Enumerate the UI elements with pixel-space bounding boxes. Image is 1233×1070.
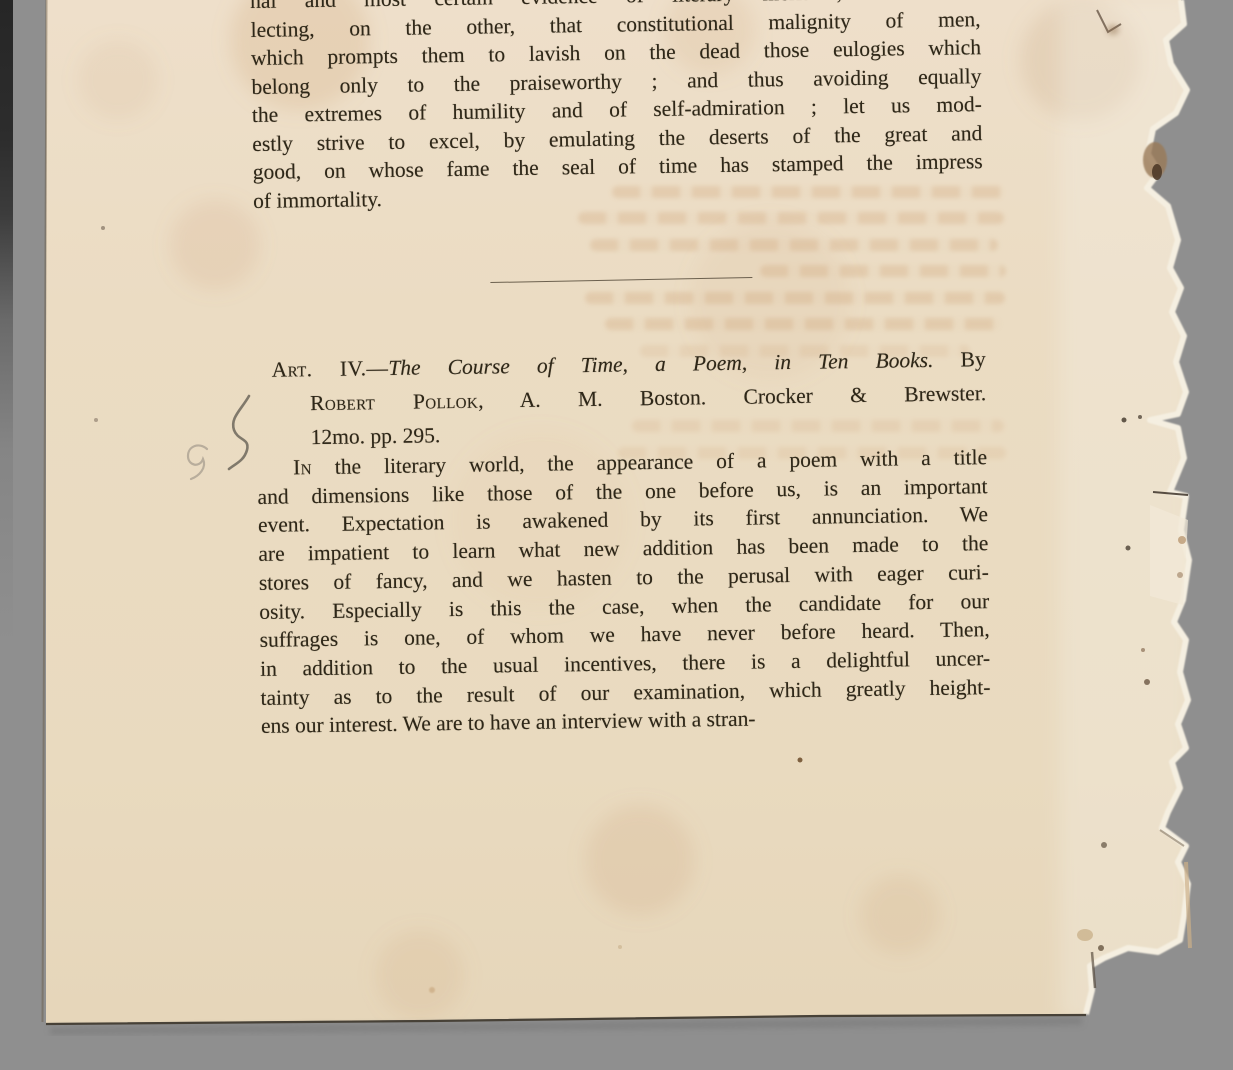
article-number: Art. IV.— bbox=[272, 356, 389, 382]
article-heading: Art. IV.—The Course of Time, a Poem, in … bbox=[255, 342, 986, 455]
paragraph-lead-word: In bbox=[293, 455, 312, 479]
scanned-page-stage: nal and most certain evidence of literar… bbox=[0, 0, 1233, 1070]
paragraph-continuation: nal and most certain evidence of literar… bbox=[250, 0, 983, 215]
section-divider-rule bbox=[490, 277, 752, 283]
page-text: nal and most certain evidence of literar… bbox=[250, 0, 992, 787]
heading-by-word: By bbox=[960, 347, 985, 371]
article-title: The Course of Time, a Poem, in Ten Books… bbox=[388, 348, 933, 380]
article-author: Robert Pollok bbox=[310, 389, 478, 415]
article-first-paragraph: In the literary world, the appearance of… bbox=[257, 443, 991, 741]
article-publisher: , A. M. Boston. Crocker & Brewster. bbox=[478, 381, 986, 413]
